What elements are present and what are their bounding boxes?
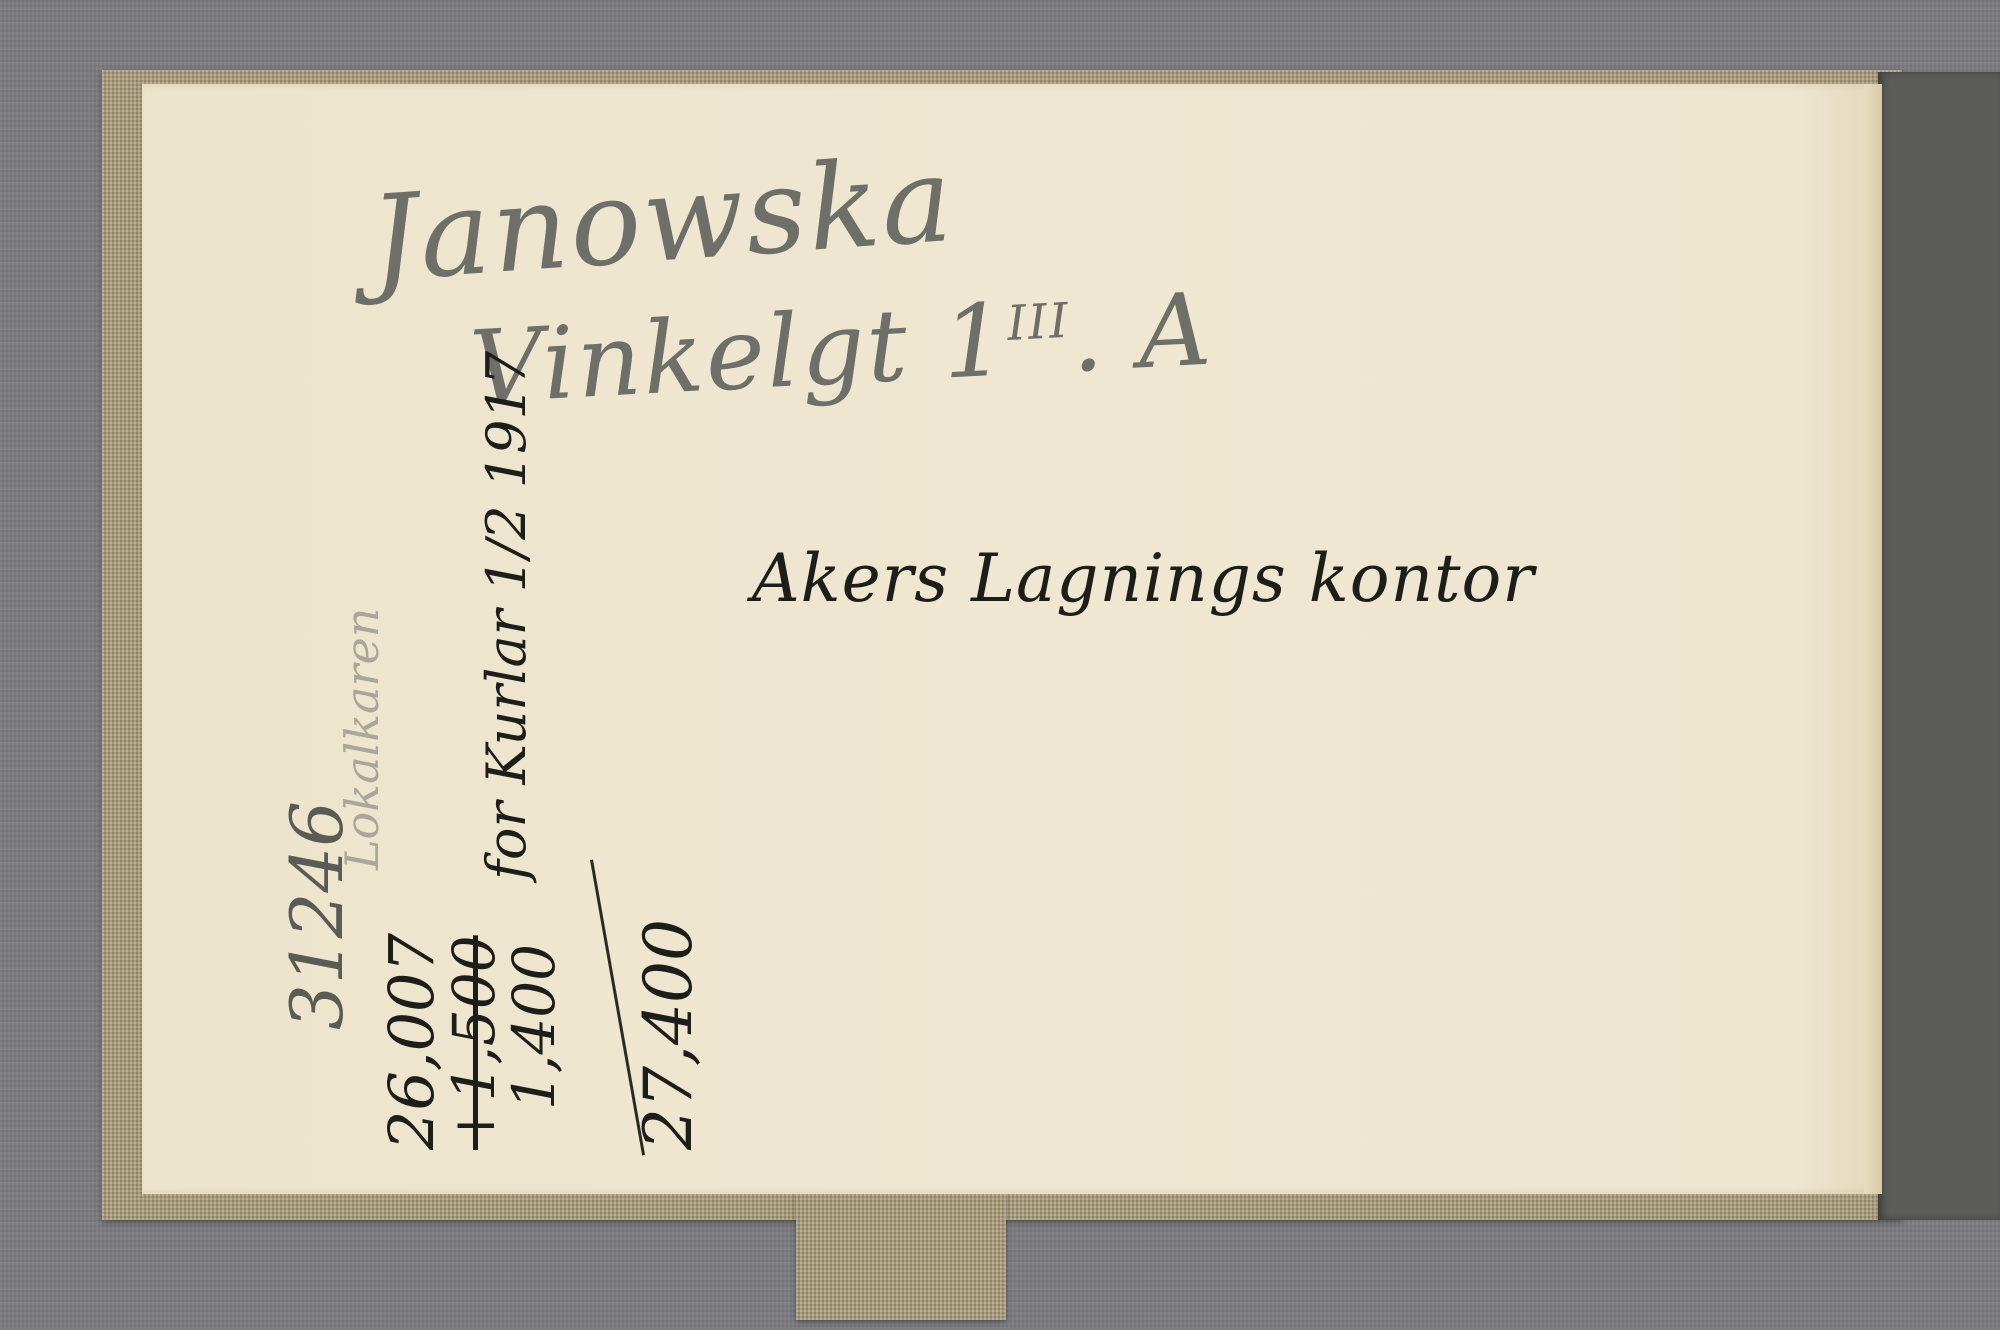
page-edge — [1864, 84, 1882, 1194]
address-floor: III — [1006, 293, 1072, 352]
figure-total: 27,400 — [630, 919, 707, 1150]
figure-2-struck: +1,500 — [440, 935, 508, 1150]
margin-note-date: for Kurlar 1/2 1917 — [475, 351, 538, 880]
figure-3: 1,400 — [500, 944, 568, 1110]
cloth-bookmark-tab — [796, 1192, 1006, 1320]
figure-1: 26,007 — [375, 933, 448, 1150]
address-suffix: . A — [1068, 271, 1216, 395]
ink-note: Akers Lagnings kontor — [752, 540, 1535, 617]
opposite-board — [1878, 72, 2000, 1220]
margin-faint-word: Lokalkaren — [335, 608, 389, 870]
